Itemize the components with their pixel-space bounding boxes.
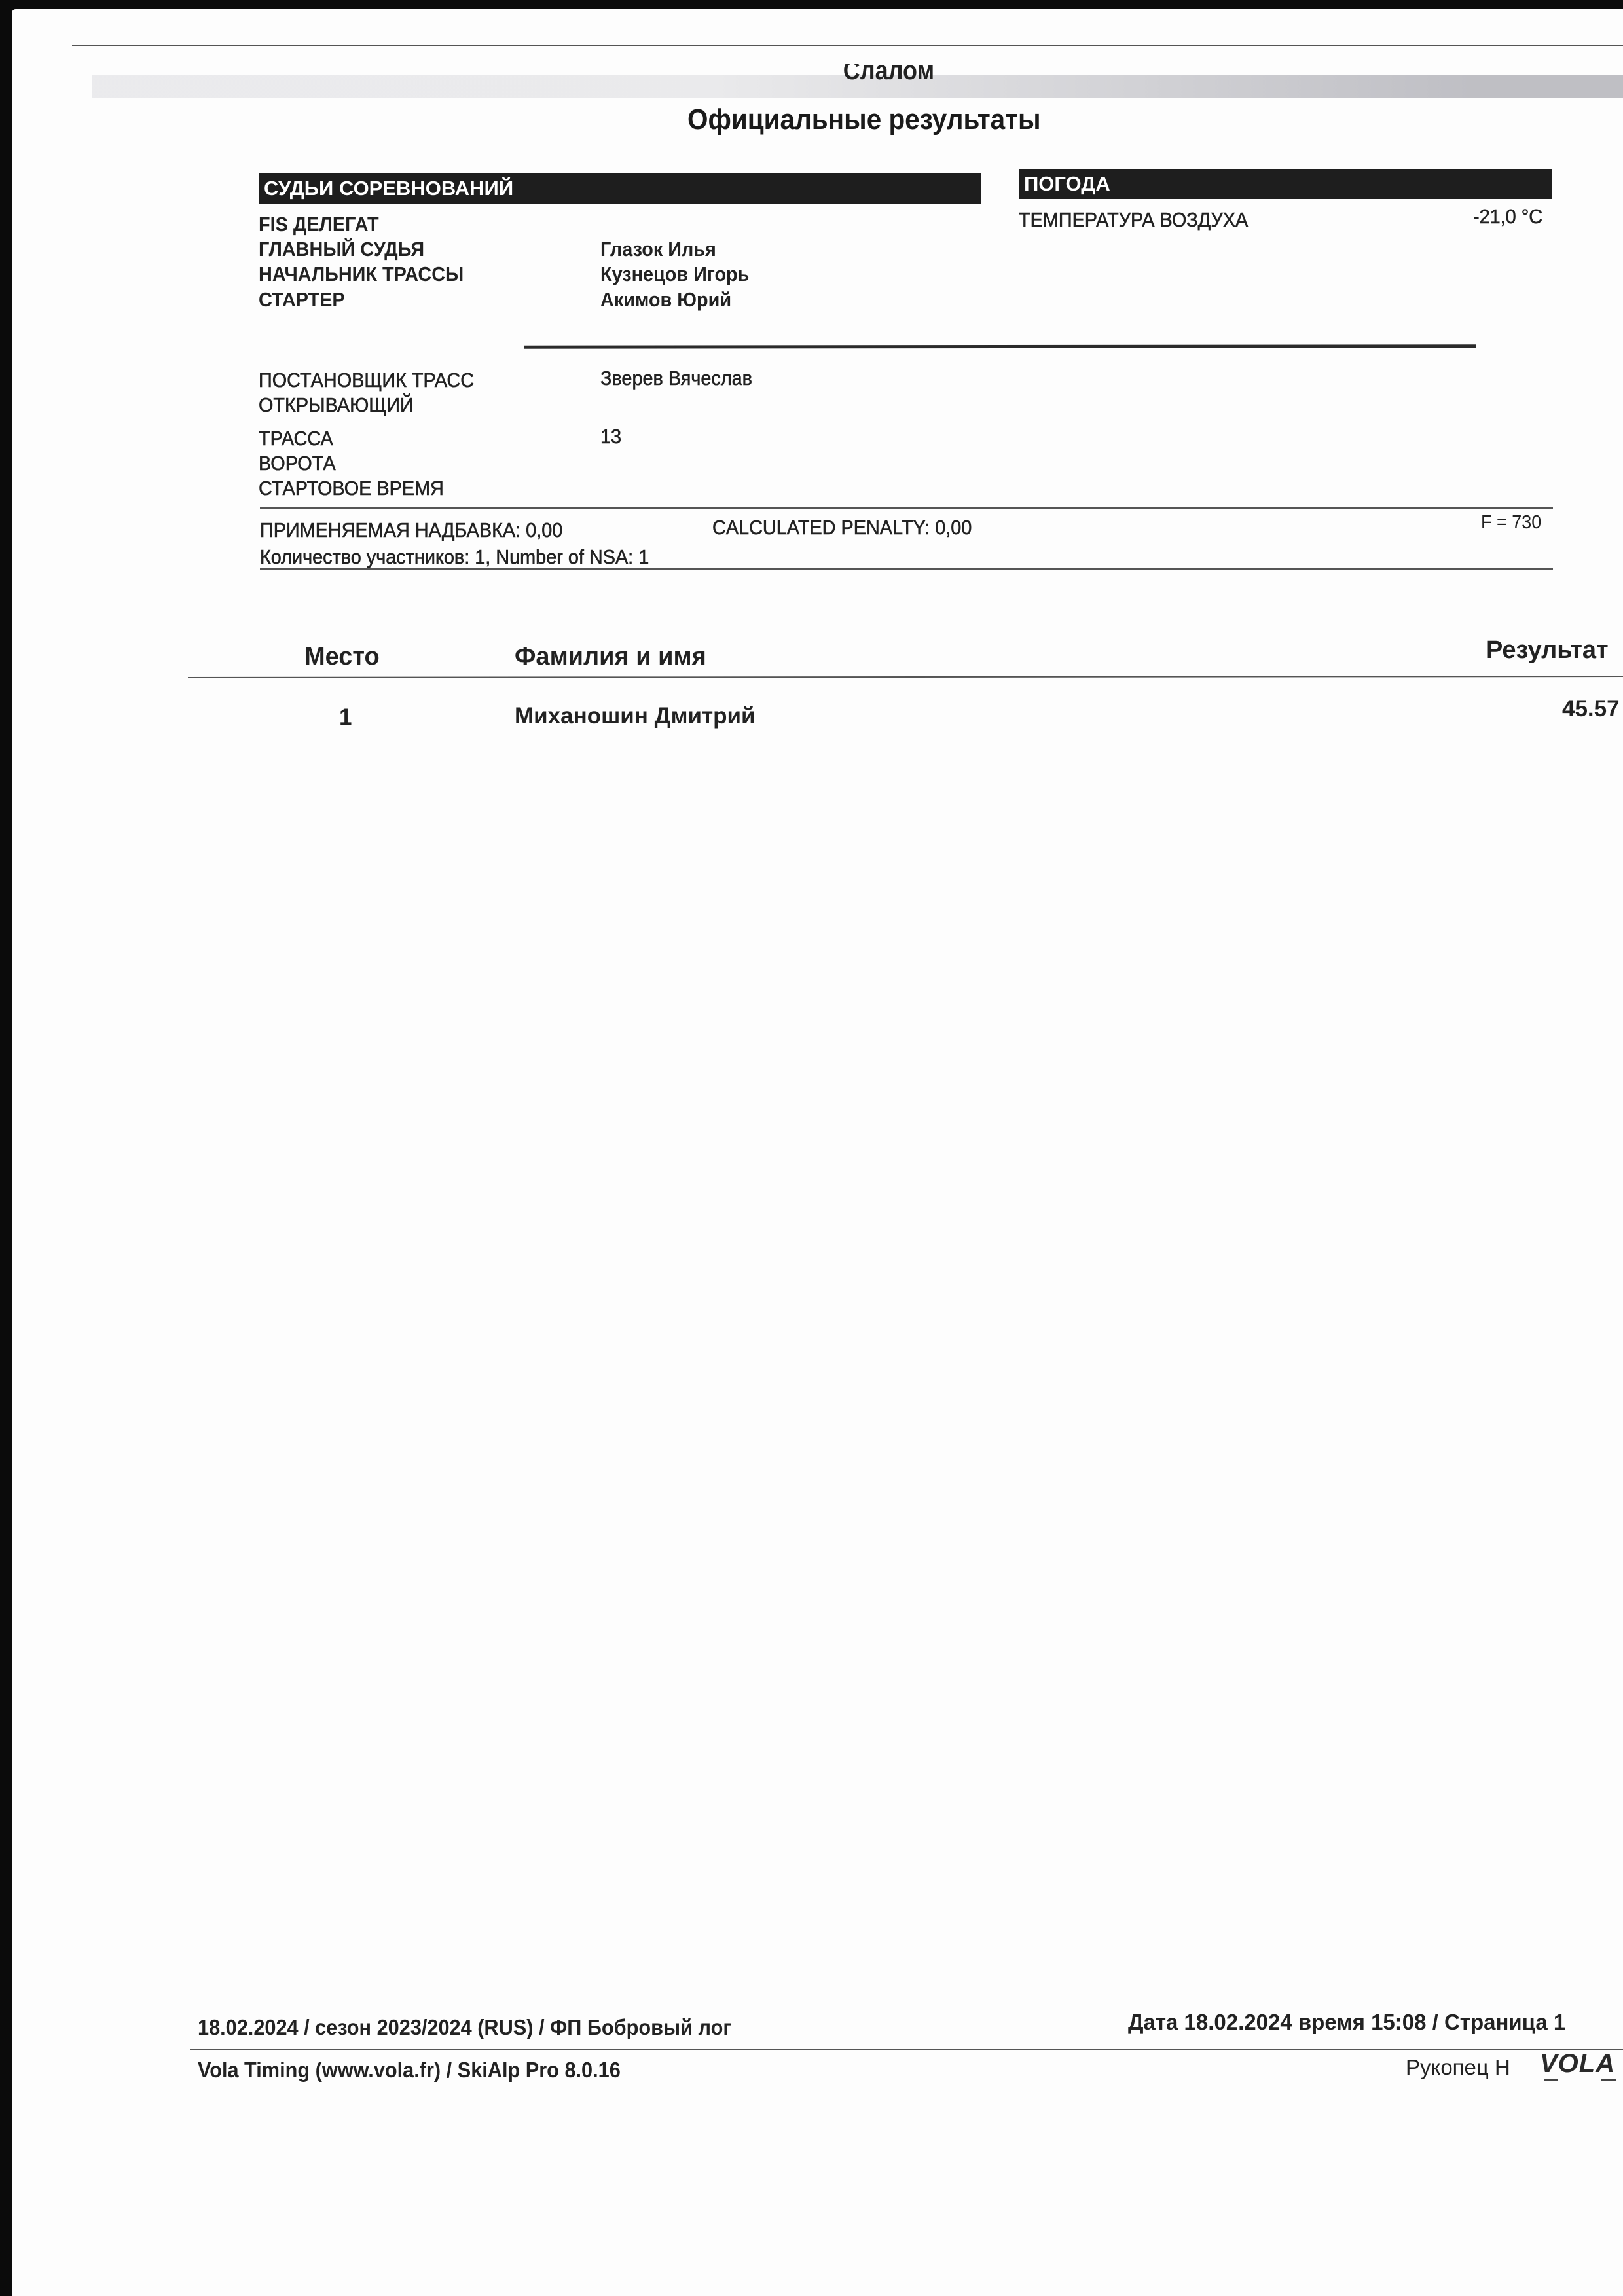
- course-label-forerunner: ОТКРЫВАЮЩИЙ: [259, 393, 414, 417]
- calculated-penalty: CALCULATED PENALTY: 0,00: [712, 516, 972, 539]
- judge-label-fis-delegate: FIS ДЕЛЕГАТ: [259, 213, 379, 236]
- judges-section-header: СУДЬИ СОРЕВНОВАНИЙ: [259, 173, 981, 204]
- air-temperature-label: ТЕМПЕРАТУРА ВОЗДУХА: [1019, 208, 1248, 232]
- result-time: 45.57: [1562, 696, 1620, 722]
- course-value-setter: Зверев Вячеслав: [600, 367, 752, 390]
- footer-operator: Рукопец Н: [1406, 2055, 1510, 2080]
- judge-label-course-chief: НАЧАЛЬНИК ТРАССЫ: [259, 263, 464, 286]
- footer-event-line: 18.02.2024 / сезон 2023/2024 (RUS) / ФП …: [198, 2015, 731, 2040]
- column-header-place: Место: [304, 643, 380, 671]
- participant-count: Количество участников: 1, Number of NSA:…: [260, 545, 649, 569]
- penalty-bottom-rule: [260, 568, 1553, 570]
- vola-logo: VOLA: [1540, 2049, 1615, 2079]
- course-label-course: ТРАССА: [259, 427, 333, 450]
- page-title: Официальные результаты: [687, 103, 1041, 136]
- course-label-start-time: СТАРТОВОЕ ВРЕМЯ: [259, 477, 444, 500]
- course-label-gates: ВОРОТА: [259, 452, 336, 475]
- footer-printed-line: Дата 18.02.2024 время 15:08 / Страница 1: [1128, 2010, 1565, 2035]
- weather-section-header: ПОГОДА: [1019, 169, 1552, 199]
- judge-label-starter: СТАРТЕР: [259, 288, 345, 312]
- course-value-course: 13: [600, 425, 621, 448]
- column-header-result: Результат: [1486, 636, 1609, 665]
- result-athlete-name: Миханошин Дмитрий: [515, 703, 756, 729]
- judge-value-course-chief: Кузнецов Игорь: [600, 263, 749, 286]
- scan-fold-line: [69, 46, 69, 2291]
- footer-rule: [190, 2049, 1623, 2050]
- result-place: 1: [339, 704, 352, 731]
- f-factor: F = 730: [1481, 512, 1541, 534]
- applied-penalty: ПРИМЕНЯЕМАЯ НАДБАВКА: 0,00: [260, 519, 562, 542]
- judge-label-chief: ГЛАВНЫЙ СУДЬЯ: [259, 238, 424, 261]
- footer-software-line: Vola Timing (www.vola.fr) / SkiAlp Pro 8…: [198, 2058, 621, 2083]
- race-name: Слалом: [843, 64, 934, 85]
- page-top-rule: [72, 45, 1623, 46]
- scanned-page: [12, 9, 1623, 2296]
- course-label-setter: ПОСТАНОВЩИК ТРАСС: [259, 369, 474, 392]
- column-header-name: Фамилия и имя: [515, 643, 706, 671]
- judge-value-starter: Акимов Юрий: [600, 288, 731, 312]
- penalty-top-rule: [260, 507, 1553, 509]
- air-temperature-value: -21,0 °C: [1473, 205, 1542, 228]
- judge-value-chief: Глазок Илья: [600, 238, 716, 261]
